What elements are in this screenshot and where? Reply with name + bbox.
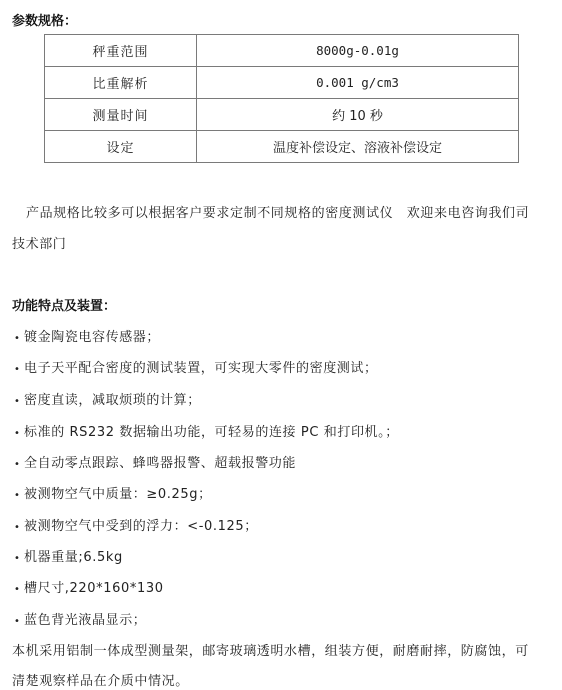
spec-value: 温度补偿设定、溶液补偿设定 (197, 131, 519, 163)
intro-line-1: 产品规格比较多可以根据客户要求定制不同规格的密度测试仪 欢迎来电咨询我们司 (26, 202, 562, 221)
table-row: 比重解析 0.001 g/cm3 (45, 67, 519, 99)
feature-item: •电子天平配合密度的测试装置，可实现大零件的密度测试； (14, 357, 378, 376)
spec-value: 约 10 秒 (197, 99, 519, 131)
bullet-icon: • (14, 396, 24, 407)
bullet-icon: • (14, 522, 24, 533)
bullet-icon: • (14, 333, 24, 344)
feature-item: •蓝色背光液晶显示； (14, 609, 146, 628)
bullet-icon: • (14, 584, 24, 595)
spec-table: 秤重范围 8000g-0.01g 比重解析 0.001 g/cm3 测量时间 约… (44, 34, 519, 163)
bullet-icon: • (14, 616, 24, 627)
bullet-icon: • (14, 428, 24, 439)
spec-key: 设定 (45, 131, 197, 163)
feature-item: •机器重量;6.5kg (14, 546, 123, 565)
features-heading: 功能特点及装置： (12, 295, 116, 314)
feature-item: •镀金陶瓷电容传感器； (14, 326, 160, 345)
spec-heading: 参数规格： (12, 10, 77, 29)
spec-value: 0.001 g/cm3 (197, 67, 519, 99)
feature-item: •标准的 RS232 数据输出功能，可轻易的连接 PC 和打印机。； (14, 421, 399, 440)
bullet-icon: • (14, 459, 24, 470)
intro-line-2: 技术部门 (12, 233, 557, 252)
feature-item: •密度直读，减取烦琐的计算； (14, 389, 201, 408)
feature-item: •槽尺寸,220*160*130 (14, 577, 164, 596)
feature-item: •被测物空气中质量：≥0.25g； (14, 483, 212, 502)
table-row: 设定 温度补偿设定、溶液补偿设定 (45, 131, 519, 163)
closing-line-2: 清楚观察样品在介质中情况。 (12, 670, 557, 689)
table-row: 测量时间 约 10 秒 (45, 99, 519, 131)
bullet-icon: • (14, 553, 24, 564)
spec-key: 比重解析 (45, 67, 197, 99)
spec-value: 8000g-0.01g (197, 35, 519, 67)
table-row: 秤重范围 8000g-0.01g (45, 35, 519, 67)
bullet-icon: • (14, 364, 24, 375)
spec-key: 测量时间 (45, 99, 197, 131)
bullet-icon: • (14, 490, 24, 501)
spec-key: 秤重范围 (45, 35, 197, 67)
feature-item: •被测物空气中受到的浮力：<-0.125； (14, 515, 258, 534)
closing-line-1: 本机采用铝制一体成型测量架，邮寄玻璃透明水槽，组装方便，耐磨耐摔，防腐蚀，可 (12, 640, 557, 659)
feature-item: •全自动零点跟踪、蜂鸣器报警、超载报警功能 (14, 452, 296, 471)
